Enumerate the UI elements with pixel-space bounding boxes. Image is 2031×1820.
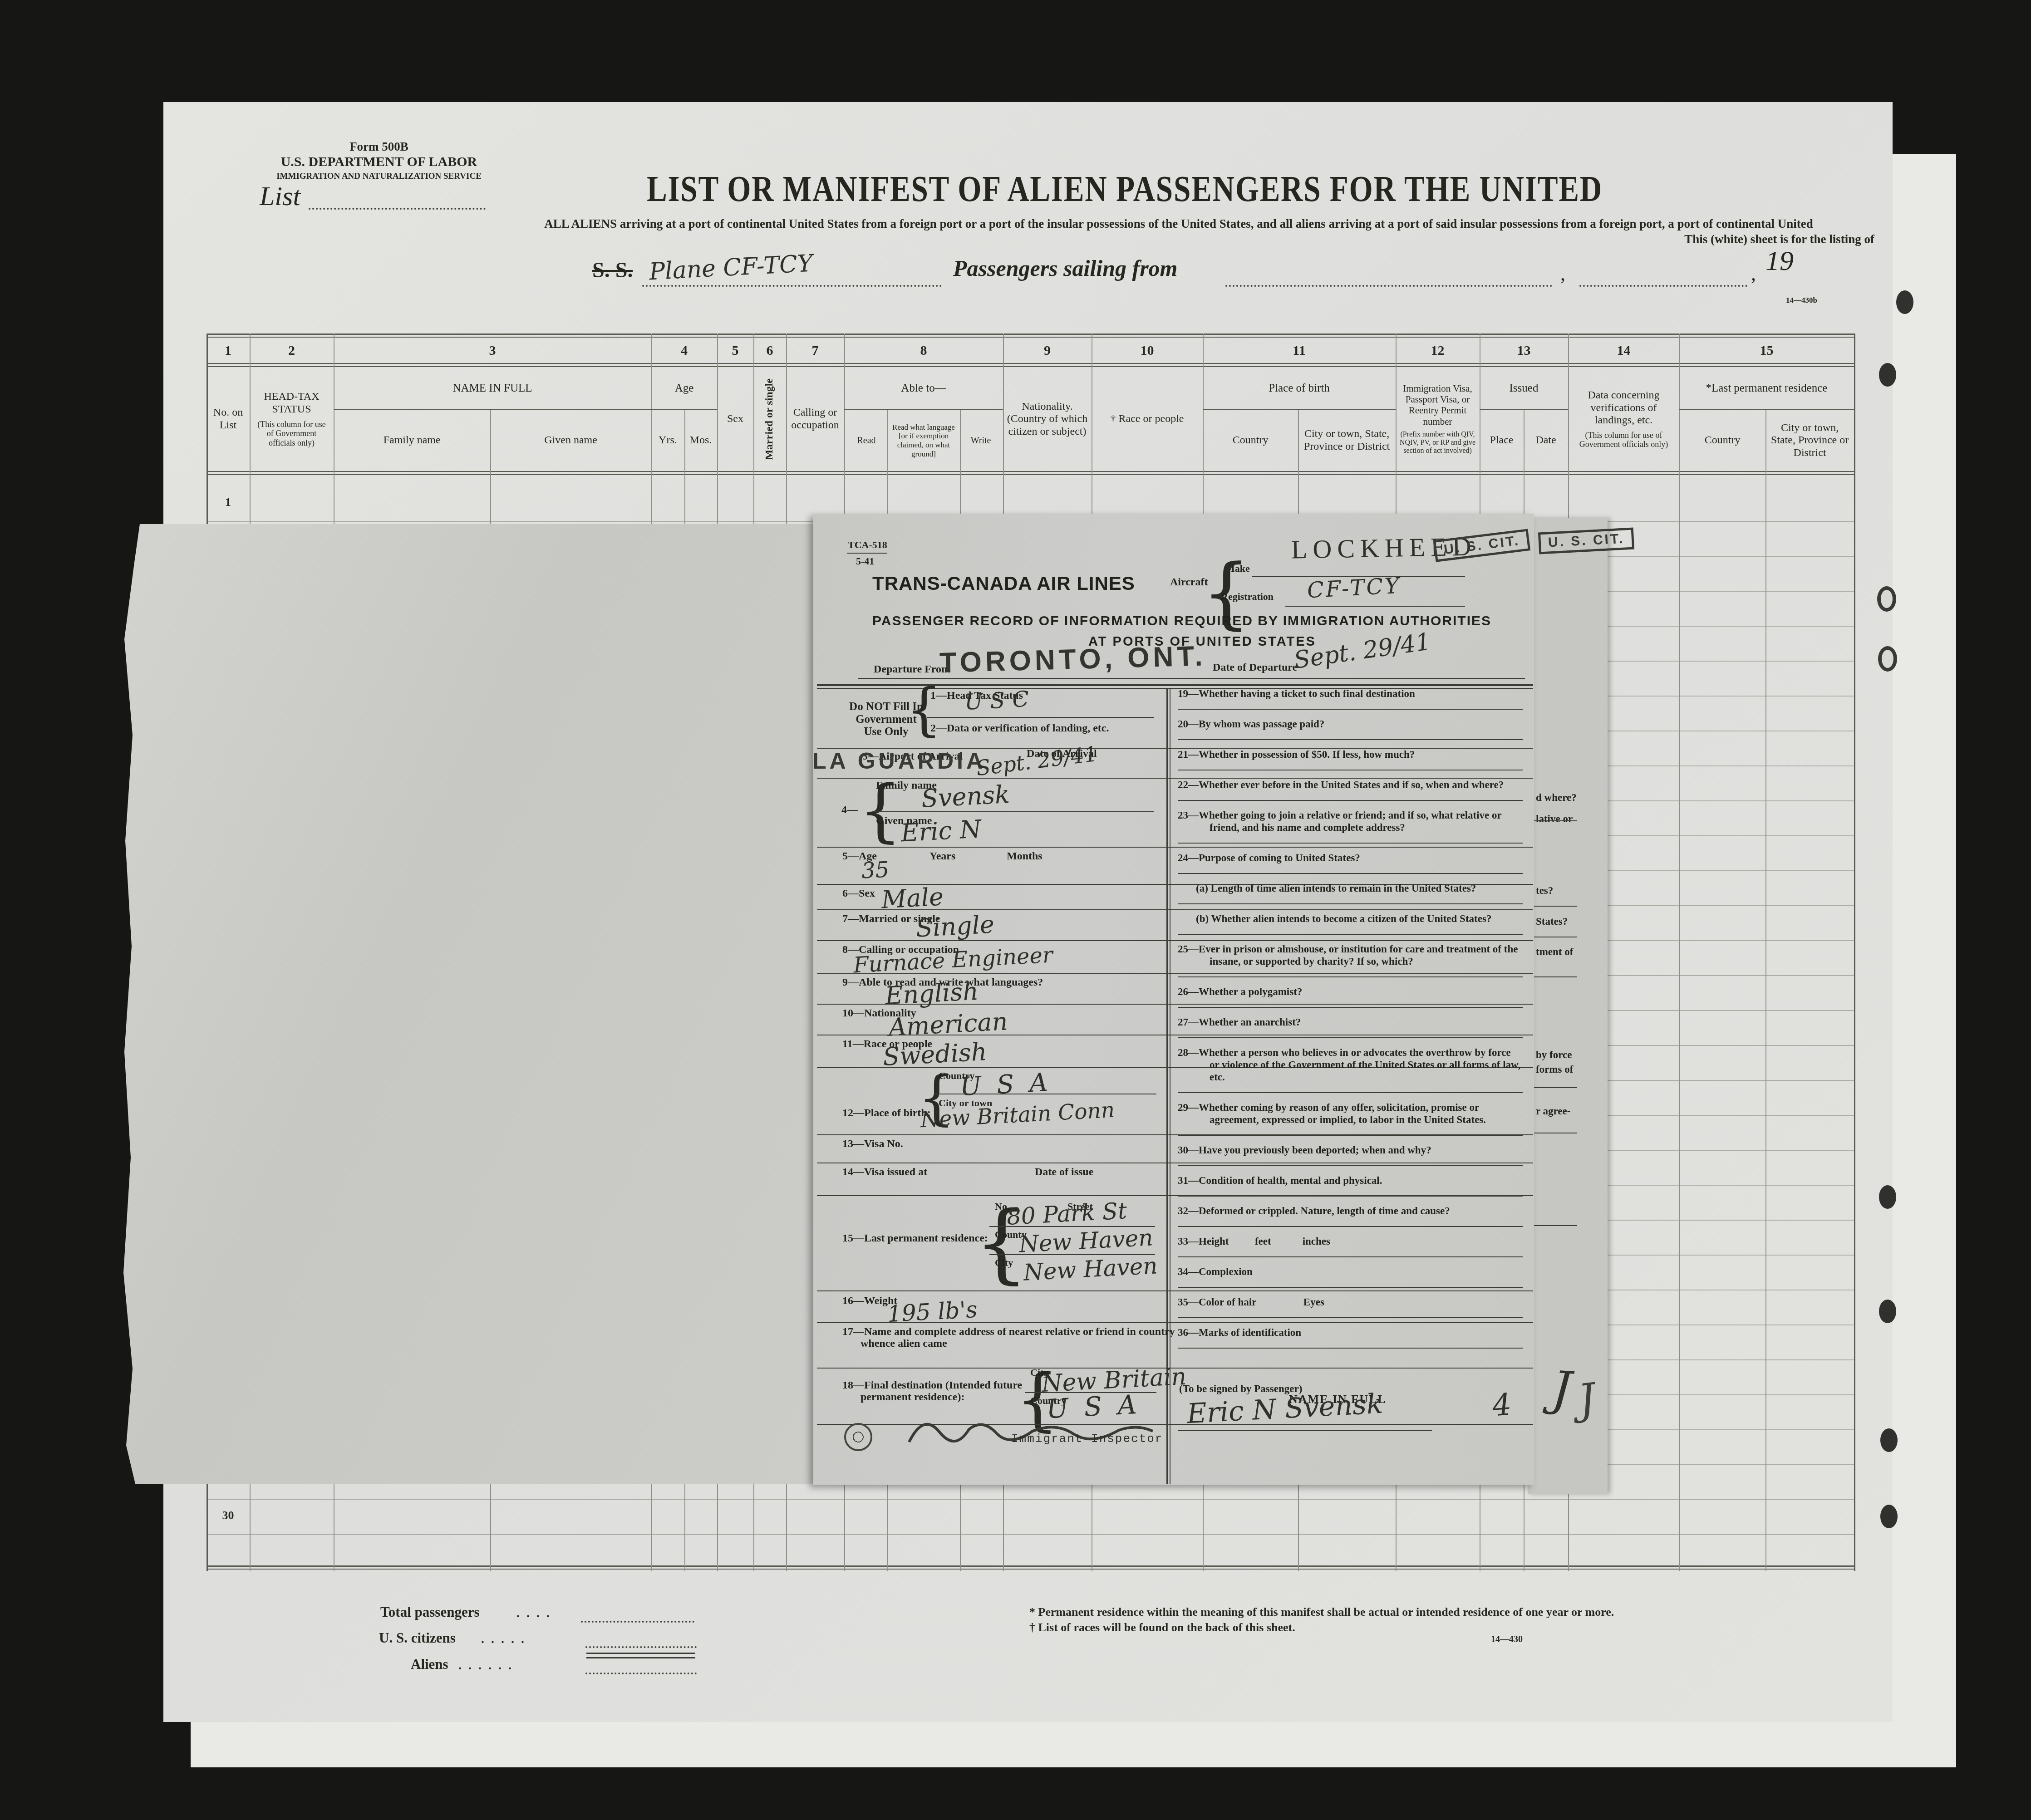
answer-line: [1178, 903, 1523, 904]
answer-line: [1178, 843, 1523, 844]
answer-line: [1178, 873, 1523, 874]
issue-date-label: Date of issue: [1035, 1166, 1093, 1178]
total-passengers-blank: [581, 1621, 694, 1623]
field4-number: 4—: [841, 804, 858, 816]
answer-line: [1178, 1317, 1523, 1318]
row-number: 1: [207, 485, 250, 520]
question-text: 29—Whether coming by reason of any offer…: [1178, 1101, 1523, 1126]
tca-form-code: TCA-518: [848, 539, 887, 551]
col-head-head-tax: HEAD-TAX STATUS (This column for use of …: [250, 368, 334, 471]
final-destination-label: 18—Final destination (Intended future pe…: [842, 1379, 1038, 1403]
second-tca-form-edge: [1528, 518, 1608, 1494]
col-sub: Mos.: [684, 410, 717, 471]
header-bottom-rule2: [207, 474, 1854, 475]
col-sub: Yrs.: [651, 410, 684, 471]
question-text: 21—Whether in possession of $50. If less…: [1178, 748, 1523, 760]
column-number: 3: [334, 339, 651, 362]
col-sub: Place: [1480, 410, 1524, 471]
vessel-blank-line: [642, 285, 942, 287]
col-head-age: Age Yrs. Mos.: [651, 368, 717, 471]
registration-line: [1285, 606, 1465, 607]
footnote-races: † List of races will be found on the bac…: [1029, 1621, 1295, 1634]
tca-form-code2: 5-41: [856, 555, 874, 567]
printers-union-stamp: [844, 1423, 872, 1451]
question-text: 27—Whether an anarchist?: [1178, 1016, 1523, 1028]
col-note: (This column for use of Government offic…: [1572, 431, 1676, 449]
port-blank-line: [1225, 285, 1552, 287]
visa-no-label: 13—Visa No.: [842, 1138, 903, 1150]
last-residence-label: 15—Last permanent residence:: [842, 1232, 988, 1244]
column-number: 8: [844, 339, 1003, 362]
question-text: 24—Purpose of coming to United States?: [1178, 852, 1523, 864]
question-block: 21—Whether in possession of $50. If less…: [1178, 748, 1523, 770]
head-tax-line: [927, 717, 1154, 718]
col-title: No. on List: [207, 368, 250, 471]
edge-fragment: lative or: [1536, 813, 1573, 825]
answer-line: [1178, 1287, 1523, 1288]
punch-hole: [1877, 586, 1896, 612]
question-block: 26—Whether a polygamist?: [1178, 986, 1523, 1008]
question-block: 19—Whether having a ticket to such final…: [1178, 687, 1523, 710]
col-title: Place of birth: [1203, 368, 1396, 410]
question-text: 20—By whom was passage paid?: [1178, 718, 1523, 730]
footnote-permanent-residence: * Permanent residence within the meaning…: [1029, 1605, 1614, 1619]
department-title: U.S. DEPARTMENT OF LABOR: [252, 154, 506, 170]
edge-fragment: d where?: [1536, 792, 1577, 804]
question-block: (a) Length of time alien intends to rema…: [1178, 882, 1523, 904]
edge-fragment: tment of: [1536, 946, 1573, 958]
nearest-relative-label: 17—Name and complete address of nearest …: [842, 1326, 1178, 1350]
question-text: 36—Marks of identification: [1178, 1326, 1523, 1339]
col-head-nationality: Nationality. (Country of which citizen o…: [1003, 368, 1092, 471]
blank-overlay-page: [122, 524, 832, 1484]
column-number: 2: [250, 339, 334, 362]
signature-line: [1178, 1430, 1432, 1431]
edge-fragment: forms of: [1536, 1064, 1573, 1075]
question-block: 35—Color of hair Eyes: [1178, 1296, 1523, 1318]
year-printed: 19: [1765, 245, 1794, 277]
col-note: (Prefix number with QIV, NQIV, PV, or RP…: [1399, 431, 1476, 456]
col-sub: Read: [844, 410, 889, 471]
question-text: 23—Whether going to join a relative or f…: [1178, 809, 1523, 834]
numrow-rule: [207, 363, 1854, 364]
column-number: 1: [207, 339, 250, 362]
aliens-label: Aliens: [411, 1656, 448, 1673]
punch-hole: [1879, 1300, 1896, 1323]
departure-date-label: Date of Departure: [1213, 662, 1297, 673]
question-block: 24—Purpose of coming to United States?: [1178, 852, 1523, 874]
answer-line: [1178, 1256, 1523, 1257]
column-number: 10: [1092, 339, 1203, 362]
edge-fragment: tes?: [1536, 885, 1553, 897]
question-block: 23—Whether going to join a relative or f…: [1178, 809, 1523, 844]
tca-code-rule: [847, 553, 887, 554]
col-head-place-of-birth: Place of birth Country City or town, Sta…: [1203, 368, 1396, 471]
question-block: 36—Marks of identification: [1178, 1326, 1523, 1349]
question-block: 31—Condition of health, mental and physi…: [1178, 1174, 1523, 1197]
question-block: 32—Deformed or crippled. Nature, length …: [1178, 1205, 1523, 1227]
col-head-able-to: Able to— Read Read what language [or if …: [844, 368, 1003, 471]
tally-mark-4: 4: [1491, 1387, 1513, 1423]
question-block: 27—Whether an anarchist?: [1178, 1016, 1523, 1038]
edge-fragment: States?: [1536, 916, 1568, 927]
question-block: 22—Whether ever before in the United Sta…: [1178, 779, 1523, 801]
col-sub: Family name: [334, 410, 490, 471]
punch-hole: [1880, 1428, 1898, 1452]
col-sub: Given name: [490, 410, 651, 471]
column-number: 6: [753, 339, 786, 362]
service-title: IMMIGRATION AND NATURALIZATION SERVICE: [261, 172, 497, 182]
total-passengers-dots: . . . .: [516, 1606, 551, 1621]
data-verification-label: 2—Data or verification of landing, etc.: [930, 722, 1109, 734]
col-title: Issued: [1480, 368, 1568, 410]
question-text: (a) Length of time alien intends to rema…: [1178, 882, 1523, 894]
edge-rule: [1534, 820, 1577, 821]
table-bottom-rule: [207, 1565, 1854, 1567]
col-head-calling: Calling or occupation: [786, 368, 844, 471]
question-text: 25—Ever in prison or almshouse, or insti…: [1178, 943, 1523, 967]
sheet-code-bottom: 14—430: [1491, 1634, 1523, 1645]
subcol-line: [1765, 409, 1766, 1571]
us-citizens-blank: [585, 1646, 697, 1648]
list-blank-line: [309, 208, 486, 210]
departure-from-label: Departure From: [874, 663, 950, 675]
answer-line: [1178, 976, 1523, 977]
numrow-rule2: [207, 366, 1854, 367]
col-head-no-on-list: No. on List: [207, 368, 250, 471]
question-text: 34—Complexion: [1178, 1266, 1523, 1278]
scanned-document: Form 500B U.S. DEPARTMENT OF LABOR IMMIG…: [0, 0, 2031, 1820]
col-title: Sex: [717, 368, 753, 471]
question-text: 30—Have you previously been deported; wh…: [1178, 1144, 1523, 1156]
punch-hole: [1879, 1185, 1896, 1209]
page-title: LIST OR MANIFEST OF ALIEN PASSENGERS FOR…: [647, 169, 1603, 210]
col-note: (This column for use of Government offic…: [253, 420, 330, 448]
col-title: Nationality. (Country of which citizen o…: [1003, 368, 1092, 471]
table-top-rule: [207, 334, 1854, 335]
edge-rule: [1534, 1133, 1577, 1133]
edge-rule: [1534, 1225, 1577, 1226]
column-number: 11: [1203, 339, 1396, 362]
subtitle-line2: This (white) sheet is for the listing of: [1425, 232, 1874, 246]
edge-rule: [1534, 1087, 1577, 1088]
edge-rule: [1534, 937, 1577, 937]
sex-label: 6—Sex: [842, 888, 875, 899]
answer-line: [1178, 709, 1523, 710]
col-sub: City or town, State, Province or Distric…: [1298, 410, 1396, 471]
col-title: Age: [651, 368, 717, 410]
punch-hole: [1879, 363, 1896, 387]
col-head-race: † Race or people: [1092, 368, 1203, 471]
edge-rule: [1534, 976, 1577, 977]
row-number: 30: [207, 1498, 250, 1533]
col-sub: Country: [1203, 410, 1298, 471]
birth-country-line: [934, 1094, 1156, 1094]
answer-line: [1178, 934, 1523, 935]
question-text: 19—Whether having a ticket to such final…: [1178, 687, 1523, 700]
years-label: Years: [929, 850, 955, 862]
answer-line: [1178, 1007, 1523, 1008]
col-sub: Date: [1524, 410, 1568, 471]
col-head-visa: Immigration Visa, Passport Visa, or Reen…: [1396, 368, 1480, 471]
answer-line: [1178, 739, 1523, 740]
column-number: 12: [1396, 339, 1480, 362]
date-blank-line: [1579, 285, 1747, 287]
answer-line: [1178, 800, 1523, 801]
question-block: 30—Have you previously been deported; wh…: [1178, 1144, 1523, 1166]
form-number: Form 500B: [318, 140, 440, 154]
age-handwritten: 35: [861, 857, 890, 883]
sheet-code-top: 14—430b: [1786, 296, 1817, 305]
col-sub: City or town, State, Province or Distric…: [1765, 410, 1854, 471]
question-block: 20—By whom was passage paid?: [1178, 718, 1523, 740]
column-number: 13: [1480, 339, 1568, 362]
column-number: 4: [651, 339, 717, 362]
column-number: 9: [1003, 339, 1092, 362]
col-line: [1679, 334, 1680, 1571]
edge-fragment: by force: [1536, 1049, 1572, 1061]
us-citizens-underline: [586, 1653, 695, 1658]
table-top-rule2: [207, 337, 1854, 338]
col-title: Data concerning verifications of landing…: [1572, 389, 1676, 427]
record-title: PASSENGER RECORD OF INFORMATION REQUIRED…: [872, 613, 1491, 629]
col-title: Calling or occupation: [786, 368, 844, 471]
question-text: 32—Deformed or crippled. Nature, length …: [1178, 1205, 1523, 1217]
question-block: 28—Whether a person who believes in or a…: [1178, 1046, 1523, 1093]
col-head-sex: Sex: [717, 368, 753, 471]
col-sub: Country: [1679, 410, 1765, 471]
column-number-row: 123456789101112131415: [207, 339, 1854, 362]
col-title: † Race or people: [1092, 368, 1203, 471]
birth-country-handwritten: U S A: [959, 1068, 1052, 1102]
col-head-name: NAME IN FULL Family name Given name: [334, 368, 651, 471]
punch-hole: [1878, 646, 1897, 672]
question-text: 28—Whether a person who believes in or a…: [1178, 1046, 1523, 1083]
us-citizens-dots: . . . . .: [481, 1632, 526, 1647]
col-sub: Write: [959, 410, 1003, 471]
ss-label: S. S.: [592, 258, 633, 283]
gov-use-only-note: Do NOT Fill In Government Use Only: [849, 701, 924, 738]
question-block: 25—Ever in prison or almshouse, or insti…: [1178, 943, 1523, 977]
answer-line: [1178, 1092, 1523, 1093]
list-label: List: [260, 181, 300, 212]
us-citizens-label: U. S. citizens: [379, 1630, 456, 1646]
registration-handwritten: CF-TCY: [1307, 573, 1402, 603]
question-text: 26—Whether a polygamist?: [1178, 986, 1523, 998]
answer-line: [1178, 1348, 1523, 1349]
aliens-blank: [585, 1673, 697, 1674]
col-title: HEAD-TAX STATUS: [253, 391, 330, 416]
departure-line: [858, 678, 1525, 679]
column-number: 7: [786, 339, 844, 362]
total-passengers-label: Total passengers: [380, 1604, 479, 1620]
col-head-last-residence: *Last permanent residence Country City o…: [1679, 368, 1854, 471]
col-title: NAME IN FULL: [334, 368, 651, 410]
answer-line: [1178, 770, 1523, 770]
table-border-right: [1854, 334, 1855, 1571]
column-number: 15: [1679, 339, 1854, 362]
question-block: 33—Height feet inches: [1178, 1235, 1523, 1257]
question-text: 33—Height feet inches: [1178, 1235, 1523, 1247]
months-label: Months: [1007, 850, 1043, 862]
col-title: Able to—: [844, 368, 1003, 410]
languages-handwritten: English: [884, 977, 979, 1011]
tca-questions-column: 19—Whether having a ticket to such final…: [1178, 687, 1523, 1357]
answer-line: [1178, 1196, 1523, 1197]
question-text: 22—Whether ever before in the United Sta…: [1178, 779, 1523, 791]
residence-city-label: City: [995, 1257, 1013, 1269]
table-bottom-rule2: [207, 1569, 1854, 1570]
family-name-handwritten: Svensk: [920, 780, 1010, 813]
comma-2: ,: [1751, 262, 1756, 285]
married-single-handwritten: Single: [915, 910, 995, 943]
head-tax-handwritten: USC: [964, 686, 1037, 715]
col-title: Married or single: [763, 378, 776, 460]
answer-line: [1178, 1165, 1523, 1166]
answer-line: [1178, 1226, 1523, 1227]
column-number: 14: [1568, 339, 1679, 362]
header-bottom-rule: [207, 471, 1854, 472]
answer-line: [1178, 1037, 1523, 1038]
col-head-issued: Issued Place Date: [1480, 368, 1568, 471]
column-number: 5: [717, 339, 753, 362]
question-block: (b) Whether alien intends to become a ci…: [1178, 912, 1523, 935]
punch-hole: [1896, 290, 1913, 314]
col-sub: Read what language [or if exemption clai…: [889, 410, 959, 471]
question-block: 29—Whether coming by reason of any offer…: [1178, 1101, 1523, 1136]
sailing-from-label: Passengers sailing from: [953, 255, 1178, 281]
inspector-typed-label: Immigrant Inspector: [1011, 1432, 1163, 1446]
col-head-married-single: Married or single: [753, 368, 786, 471]
answer-line: [1178, 1135, 1523, 1136]
question-text: (b) Whether alien intends to become a ci…: [1178, 912, 1523, 925]
question-text: 31—Condition of health, mental and physi…: [1178, 1174, 1523, 1187]
comma-1: ,: [1560, 262, 1565, 285]
punch-hole: [1880, 1505, 1898, 1528]
pen-hook-mark-1: J: [1550, 1361, 1574, 1418]
col-title: Immigration Visa, Passport Visa, or Reen…: [1399, 383, 1476, 427]
visa-issued-label: 14—Visa issued at: [842, 1166, 927, 1178]
edge-rule: [1534, 906, 1577, 907]
given-name-handwritten: Eric N: [900, 814, 982, 847]
col-title: *Last permanent residence: [1679, 368, 1854, 410]
edge-fragment: r agree-: [1536, 1105, 1570, 1117]
question-block: 34—Complexion: [1178, 1266, 1523, 1288]
aliens-dots: . . . . . .: [458, 1658, 513, 1673]
subtitle-line1: ALL ALIENS arriving at a port of contine…: [482, 217, 1875, 231]
col-head-verifications: Data concerning verifications of landing…: [1568, 368, 1679, 471]
registration-label: Registration: [1221, 591, 1274, 603]
airport-arrival-stamp: LA GUARDIA: [812, 748, 986, 774]
question-text: 35—Color of hair Eyes: [1178, 1296, 1523, 1308]
airline-title: TRANS-CANADA AIR LINES: [872, 573, 1135, 594]
family-name-line: [872, 811, 1154, 812]
